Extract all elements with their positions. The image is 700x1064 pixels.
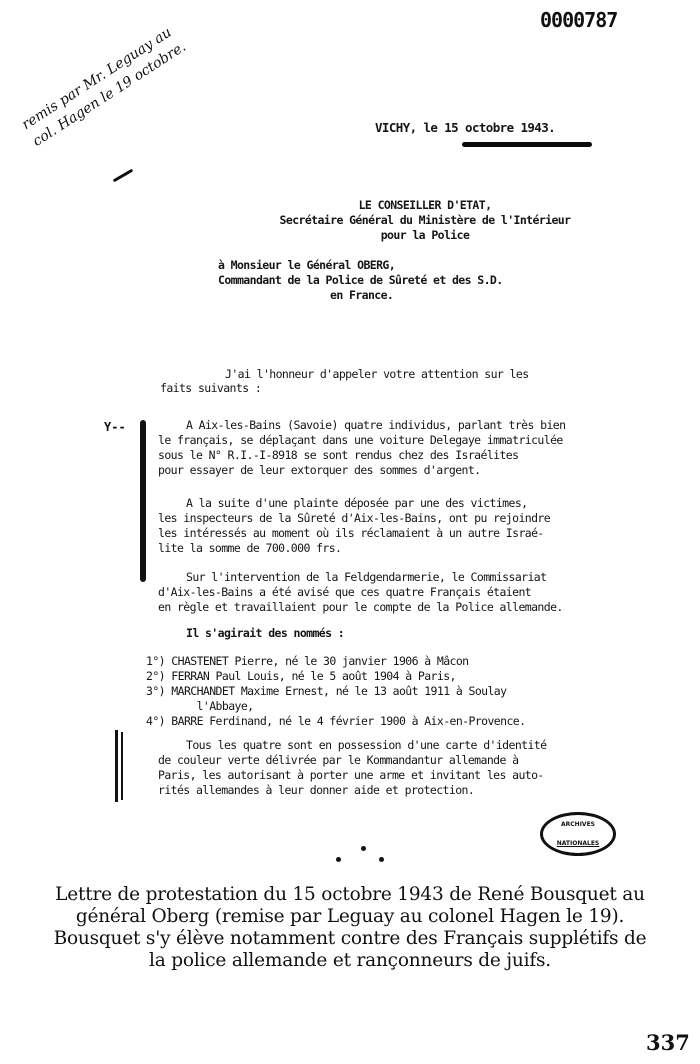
- recipient-line: en France.: [330, 288, 393, 303]
- list-item: 4°) BARRE Ferdinand, né le 4 février 190…: [146, 714, 525, 729]
- list-item: 3°) MARCHANDET Maxime Ernest, né le 13 a…: [146, 684, 525, 699]
- text-line: Paris, les autorisant à porter une arme …: [158, 768, 546, 783]
- text-line: sous le N° R.I.-I-8918 se sont rendus ch…: [158, 448, 565, 463]
- annotation-line: col. Hagen le 19 octobre.: [29, 0, 258, 152]
- paragraph-1: A Aix-les-Bains (Savoie) quatre individu…: [158, 418, 565, 478]
- paragraph-2: A la suite d'une plainte déposée par une…: [158, 496, 550, 556]
- archive-stamp: ARCHIVES NATIONALES: [540, 812, 616, 856]
- text-line: lite la somme de 700.000 frs.: [158, 541, 550, 556]
- caption-line: général Oberg (remise par Leguay au colo…: [15, 906, 685, 928]
- annotation-stroke: [113, 169, 134, 183]
- sender-office: Secrétaire Général du Ministère de l'Int…: [215, 213, 635, 228]
- text-line: le français, se déplaçant dans une voitu…: [158, 433, 565, 448]
- caption-line: la police allemande et rançonneurs de ju…: [15, 950, 685, 972]
- dateline: VICHY, le 15 octobre 1943.: [375, 120, 555, 135]
- text-line: en règle et travaillaient pour le compte…: [158, 600, 563, 615]
- text-line: les intéressés au moment où ils réclamai…: [158, 526, 550, 541]
- text-line: A la suite d'une plainte déposée par une…: [158, 496, 550, 511]
- sender-block: LE CONSEILLER D'ETAT, Secrétaire Général…: [215, 198, 635, 243]
- intro-line: J'ai l'honneur d'appeler votre attention…: [225, 367, 529, 382]
- text-line: d'Aix-les-Bains a été avisé que ces quat…: [158, 585, 563, 600]
- page-number: 337: [646, 1030, 690, 1055]
- text-line: Tous les quatre sont en possession d'une…: [158, 738, 546, 753]
- text-line: Sur l'intervention de la Feldgendarmerie…: [158, 570, 563, 585]
- list-intro: Il s'agirait des nommés :: [186, 626, 344, 641]
- margin-double-line: [115, 730, 118, 802]
- dot-mark: [361, 846, 366, 851]
- stamp-bottom-text: NATIONALES: [557, 840, 600, 847]
- list-item: 1°) CHASTENET Pierre, né le 30 janvier 1…: [146, 654, 525, 669]
- paragraph-4: Tous les quatre sont en possession d'une…: [158, 738, 546, 798]
- intro-line: faits suivants :: [160, 381, 261, 396]
- dateline-underline: [462, 142, 592, 147]
- figure-caption: Lettre de protestation du 15 octobre 194…: [15, 884, 685, 972]
- recipient-line: Commandant de la Police de Sûreté et des…: [218, 273, 503, 288]
- margin-bracket: [140, 420, 146, 582]
- persons-list: 1°) CHASTENET Pierre, né le 30 janvier 1…: [146, 654, 525, 729]
- margin-double-line: [121, 732, 123, 800]
- sender-department: pour la Police: [215, 228, 635, 243]
- archive-number: 0000787: [540, 8, 617, 32]
- handwritten-annotation: remis par Mr. Leguay au col. Hagen le 19…: [18, 0, 258, 152]
- text-line: les inspecteurs de la Sûreté d'Aix-les-B…: [158, 511, 550, 526]
- list-item: l'Abbaye,: [146, 699, 525, 714]
- text-line: de couleur verte délivrée par le Kommand…: [158, 753, 546, 768]
- dot-mark: [379, 857, 384, 862]
- dot-mark: [336, 857, 341, 862]
- paragraph-3: Sur l'intervention de la Feldgendarmerie…: [158, 570, 563, 615]
- text-line: pour essayer de leur extorquer des somme…: [158, 463, 565, 478]
- text-line: A Aix-les-Bains (Savoie) quatre individu…: [158, 418, 565, 433]
- list-item: 2°) FERRAN Paul Louis, né le 5 août 1904…: [146, 669, 525, 684]
- sender-title: LE CONSEILLER D'ETAT,: [215, 198, 635, 213]
- caption-line: Lettre de protestation du 15 octobre 194…: [15, 884, 685, 906]
- caption-line: Bousquet s'y élève notamment contre des …: [15, 928, 685, 950]
- text-line: rités allemandes à leur donner aide et p…: [158, 783, 546, 798]
- recipient-line: à Monsieur le Général OBERG,: [218, 258, 395, 273]
- margin-mark: Y--: [104, 420, 126, 434]
- stamp-top-text: ARCHIVES: [561, 821, 595, 828]
